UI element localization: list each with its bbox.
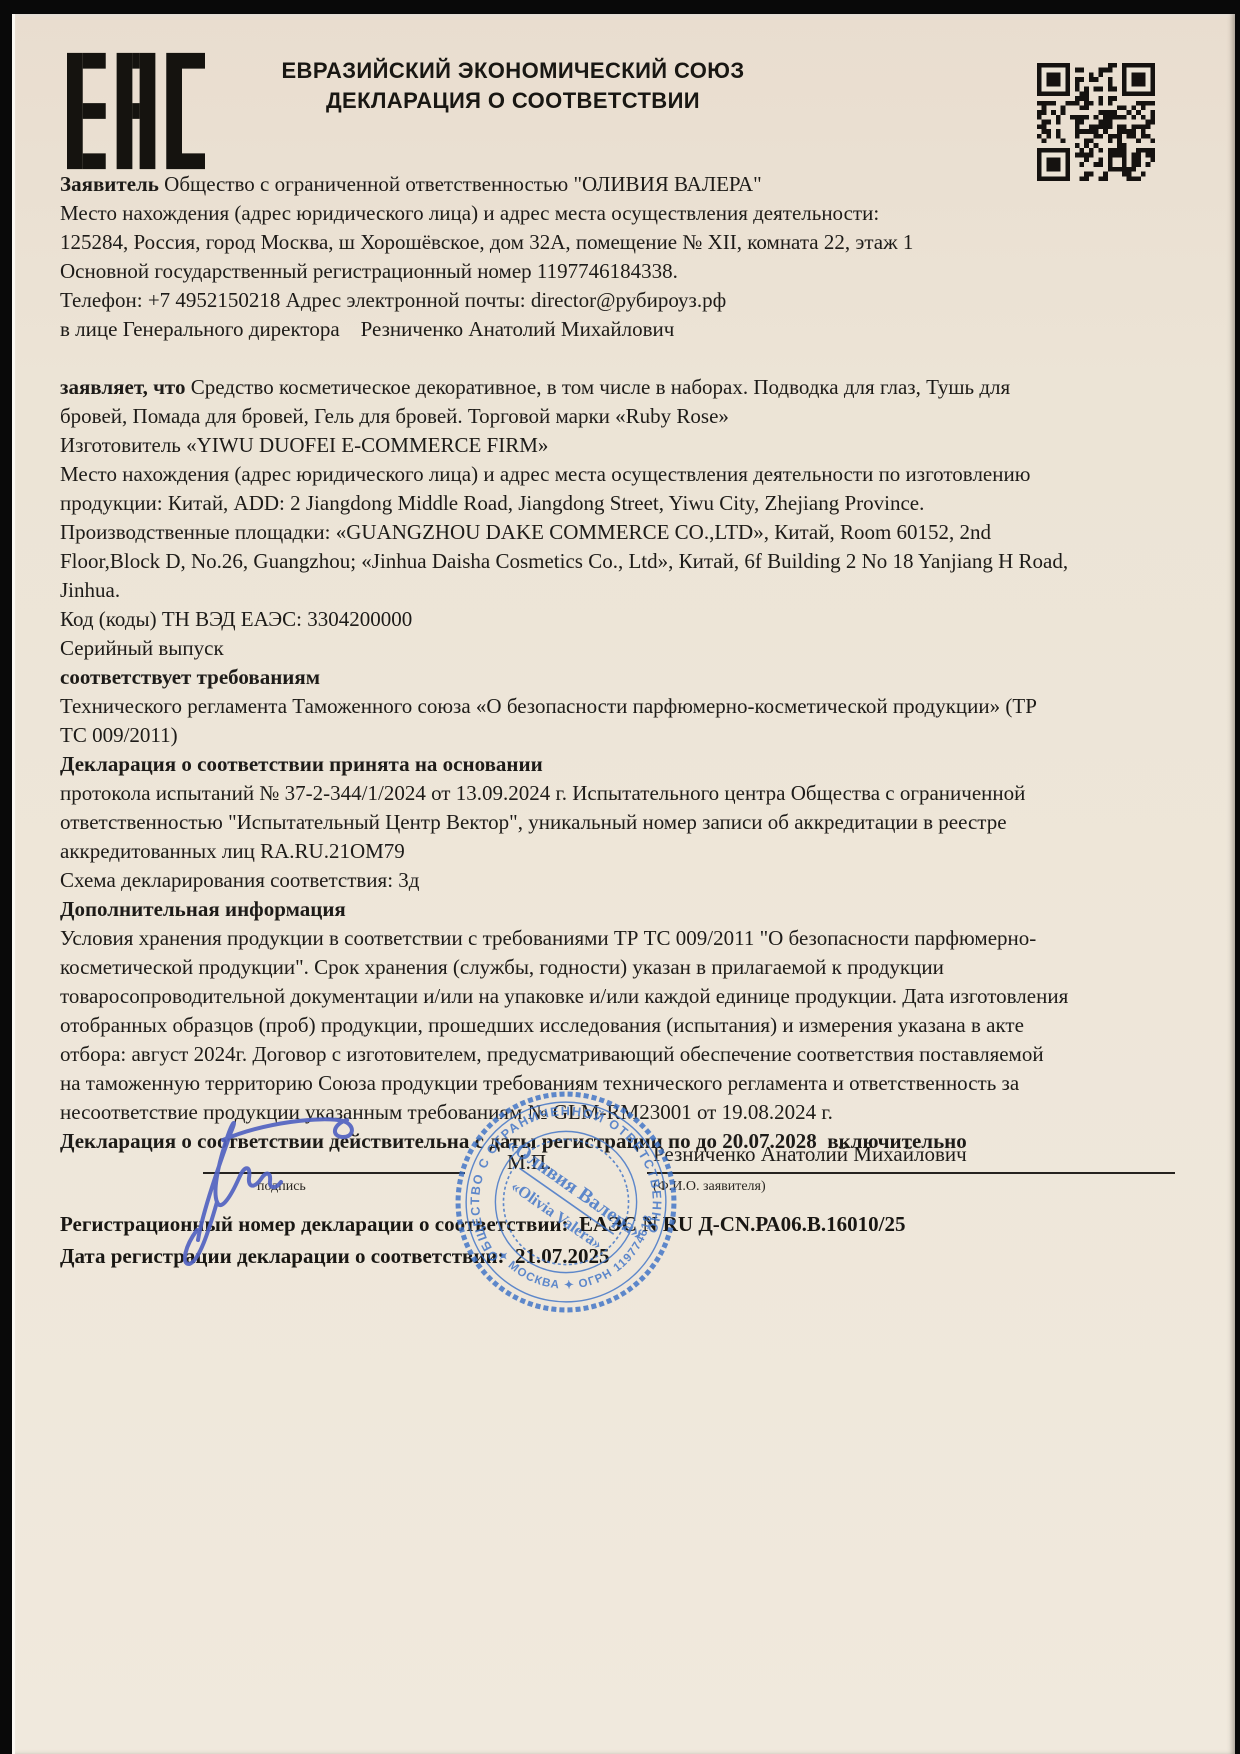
document-line: Место нахождения (адрес юридического лиц… bbox=[60, 460, 1210, 489]
qr-code bbox=[1037, 63, 1155, 181]
document-line: Основной государственный регистрационный… bbox=[60, 257, 1210, 286]
document-line: аккредитованных лиц RA.RU.21ОМ79 bbox=[60, 837, 1210, 866]
header-declaration-title: ДЕКЛАРАЦИЯ О СООТВЕТСТВИИ bbox=[233, 86, 793, 116]
document-line: Floor,Block D, No.26, Guangzhou; «Jinhua… bbox=[60, 547, 1210, 576]
document-line: Производственные площадки: «GUANGZHOU DA… bbox=[60, 518, 1210, 547]
scan-background: { "header": { "line1": "ЕВРАЗИЙСКИЙ ЭКОН… bbox=[0, 0, 1240, 1754]
document-line: Место нахождения (адрес юридического лиц… bbox=[60, 199, 1210, 228]
document-line: Серийный выпуск bbox=[60, 634, 1210, 663]
stamp-graphic: ОБЩЕСТВО С ОГРАНИЧЕННОЙ ОТВЕТСТВЕННОСТЬЮ… bbox=[450, 1086, 682, 1318]
document-line: Условия хранения продукции в соответстви… bbox=[60, 924, 1210, 953]
document-line: соответствует требованиям bbox=[60, 663, 1210, 692]
document-line: заявляет, что Средство косметическое дек… bbox=[60, 373, 1210, 402]
document-line: Заявитель Общество с ограниченной ответс… bbox=[60, 170, 1210, 199]
document-line: Jinhua. bbox=[60, 576, 1210, 605]
document-line: протокола испытаний № 37-2-344/1/2024 от… bbox=[60, 779, 1210, 808]
qr-code-pattern bbox=[1037, 63, 1155, 181]
applicant-name: Резниченко Анатолий Михайлович bbox=[653, 1142, 967, 1167]
document-line: 125284, Россия, город Москва, ш Хорошёвс… bbox=[60, 228, 1210, 257]
document-line: отобранных образцов (проб) продукции, пр… bbox=[60, 1011, 1210, 1040]
document-line: косметической продукции". Срок хранения … bbox=[60, 953, 1210, 982]
document-line: в лице Генерального директора Резниченко… bbox=[60, 315, 1210, 344]
document-line: ТС 009/2011) bbox=[60, 721, 1210, 750]
header-union-title: ЕВРАЗИЙСКИЙ ЭКОНОМИЧЕСКИЙ СОЮЗ bbox=[233, 56, 793, 86]
company-round-stamp: ОБЩЕСТВО С ОГРАНИЧЕННОЙ ОТВЕТСТВЕННОСТЬЮ… bbox=[450, 1086, 682, 1318]
document-body: Заявитель Общество с ограниченной ответс… bbox=[60, 170, 1210, 1156]
eac-mark-glyph bbox=[67, 50, 205, 172]
document-line: Изготовитель «YIWU DUOFEI E-COMMERCE FIR… bbox=[60, 431, 1210, 460]
document-line: продукции: Китай, ADD: 2 Jiangdong Middl… bbox=[60, 489, 1210, 518]
document-line: товаросопроводительной документации и/ил… bbox=[60, 982, 1210, 1011]
document-line: Телефон: +7 4952150218 Адрес электронной… bbox=[60, 286, 1210, 315]
document-line: Код (коды) ТН ВЭД ЕАЭС: 3304200000 bbox=[60, 605, 1210, 634]
document-line: Схема декларирования соответствия: 3д bbox=[60, 866, 1210, 895]
document-page: ЕВРАЗИЙСКИЙ ЭКОНОМИЧЕСКИЙ СОЮЗ ДЕКЛАРАЦИ… bbox=[12, 14, 1235, 1754]
document-line: Технического регламента Таможенного союз… bbox=[60, 692, 1210, 721]
document-line: отбора: август 2024г. Договор с изготови… bbox=[60, 1040, 1210, 1069]
applicant-name-line bbox=[647, 1172, 1175, 1174]
document-header: ЕВРАЗИЙСКИЙ ЭКОНОМИЧЕСКИЙ СОЮЗ ДЕКЛАРАЦИ… bbox=[233, 56, 793, 116]
document-line bbox=[60, 344, 1210, 373]
document-line: ответственностью "Испытательный Центр Ве… bbox=[60, 808, 1210, 837]
document-line: Декларация о соответствии принята на осн… bbox=[60, 750, 1210, 779]
document-line: Дополнительная информация bbox=[60, 895, 1210, 924]
handwritten-signature bbox=[173, 1080, 383, 1280]
document-line: бровей, Помада для бровей, Гель для бров… bbox=[60, 402, 1210, 431]
eac-logo bbox=[67, 50, 205, 172]
